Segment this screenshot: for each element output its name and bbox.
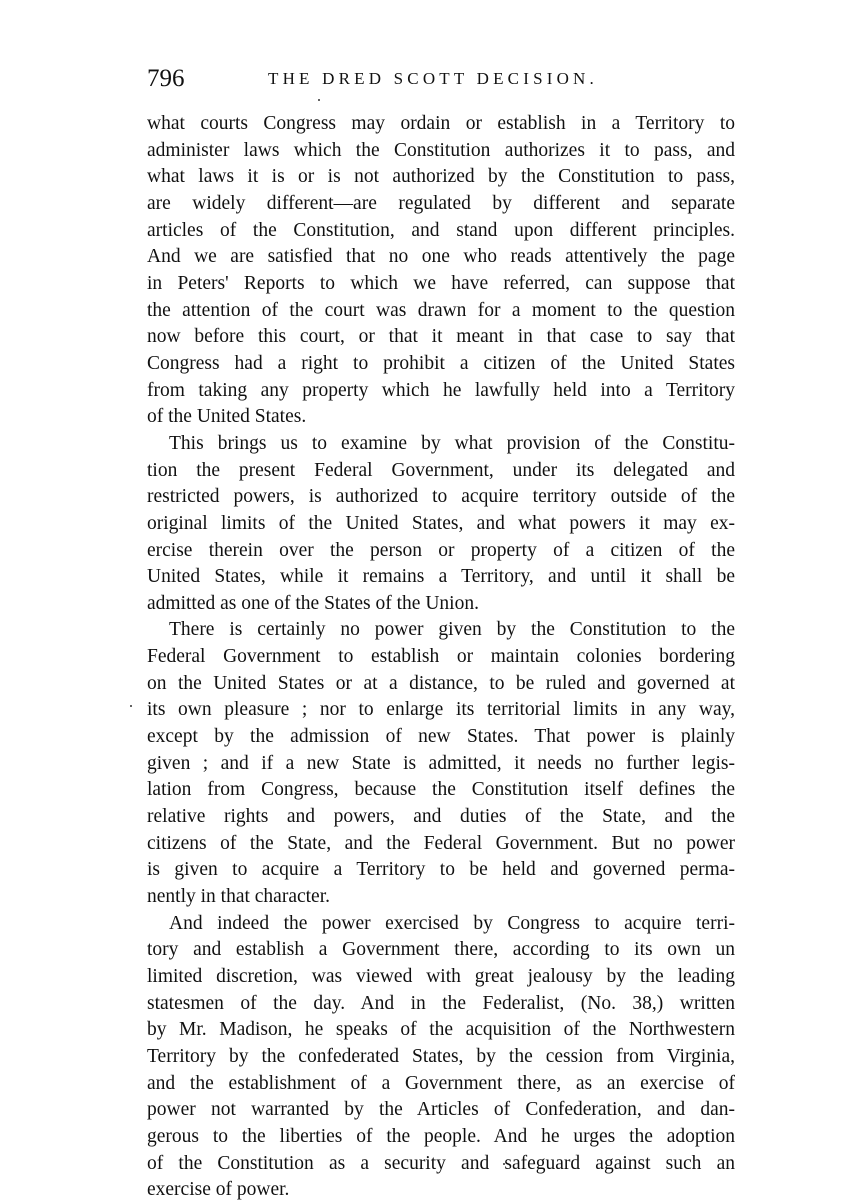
text-line: given ; and if a new State is admitted, …	[147, 751, 735, 778]
text-line: limited discretion, was viewed with grea…	[147, 964, 735, 991]
text-line: Federal Government to establish or maint…	[147, 644, 735, 671]
text-line: in Peters' Reports to which we have refe…	[147, 271, 735, 298]
text-line: articles of the Constitution, and stand …	[147, 218, 735, 245]
text-line: Congress had a right to prohibit a citiz…	[147, 351, 735, 378]
text-line: what courts Congress may ordain or estab…	[147, 111, 735, 138]
text-line: the attention of the court was drawn for…	[147, 298, 735, 325]
text-line: citizens of the State, and the Federal G…	[147, 831, 735, 858]
running-head: 796 THE DRED SCOTT DECISION.	[147, 64, 735, 94]
text-line: power not warranted by the Articles of C…	[147, 1097, 735, 1124]
text-line: now before this court, or that it meant …	[147, 324, 735, 351]
book-page: 796 THE DRED SCOTT DECISION. what courts…	[0, 0, 859, 1200]
text-line: except by the admission of new States. T…	[147, 724, 735, 751]
text-line: exercise of power.	[147, 1177, 735, 1200]
text-line: its own pleasure ; nor to enlarge its te…	[147, 697, 735, 724]
paragraph-1: what courts Congress may ordain or estab…	[147, 111, 735, 431]
scan-speck	[130, 705, 132, 707]
text-line: tory and establish a Government there, a…	[147, 937, 735, 964]
paragraph-4: And indeed the power exercised by Congre…	[147, 911, 735, 1200]
text-line: by Mr. Madison, he speaks of the acquisi…	[147, 1017, 735, 1044]
text-line: ercise therein over the person or proper…	[147, 538, 735, 565]
text-line: tion the present Federal Government, und…	[147, 458, 735, 485]
running-title: THE DRED SCOTT DECISION.	[268, 67, 614, 91]
text-line: This brings us to examine by what provis…	[147, 431, 735, 458]
text-line: There is certainly no power given by the…	[147, 617, 735, 644]
text-line: relative rights and powers, and duties o…	[147, 804, 735, 831]
text-line: on the United States or at a distance, t…	[147, 671, 735, 698]
text-line: statesmen of the day. And in the Federal…	[147, 991, 735, 1018]
text-line: And we are satisfied that no one who rea…	[147, 244, 735, 271]
body-text: what courts Congress may ordain or estab…	[147, 111, 735, 1200]
page-number: 796	[147, 64, 185, 94]
paragraph-2: This brings us to examine by what provis…	[147, 431, 735, 618]
text-line: administer laws which the Constitution a…	[147, 138, 735, 165]
scan-speck	[318, 99, 320, 101]
text-line: lation from Congress, because the Consti…	[147, 777, 735, 804]
text-line: admitted as one of the States of the Uni…	[147, 591, 735, 618]
text-line: gerous to the liberties of the people. A…	[147, 1124, 735, 1151]
text-line: of the United States.	[147, 404, 735, 431]
text-line: what laws it is or is not authorized by …	[147, 164, 735, 191]
scan-speck	[503, 1163, 505, 1165]
text-line: nently in that character.	[147, 884, 735, 911]
text-line: And indeed the power exercised by Congre…	[147, 911, 735, 938]
text-line: and the establishment of a Government th…	[147, 1071, 735, 1098]
text-line: original limits of the United States, an…	[147, 511, 735, 538]
paragraph-3: There is certainly no power given by the…	[147, 617, 735, 910]
text-line: Territory by the confederated States, by…	[147, 1044, 735, 1071]
text-line: United States, while it remains a Territ…	[147, 564, 735, 591]
text-line: is given to acquire a Territory to be he…	[147, 857, 735, 884]
text-line: restricted powers, is authorized to acqu…	[147, 484, 735, 511]
text-line: of the Constitution as a security and sa…	[147, 1151, 735, 1178]
text-line: from taking any property which he lawful…	[147, 378, 735, 405]
text-line: are widely different—are regulated by di…	[147, 191, 735, 218]
